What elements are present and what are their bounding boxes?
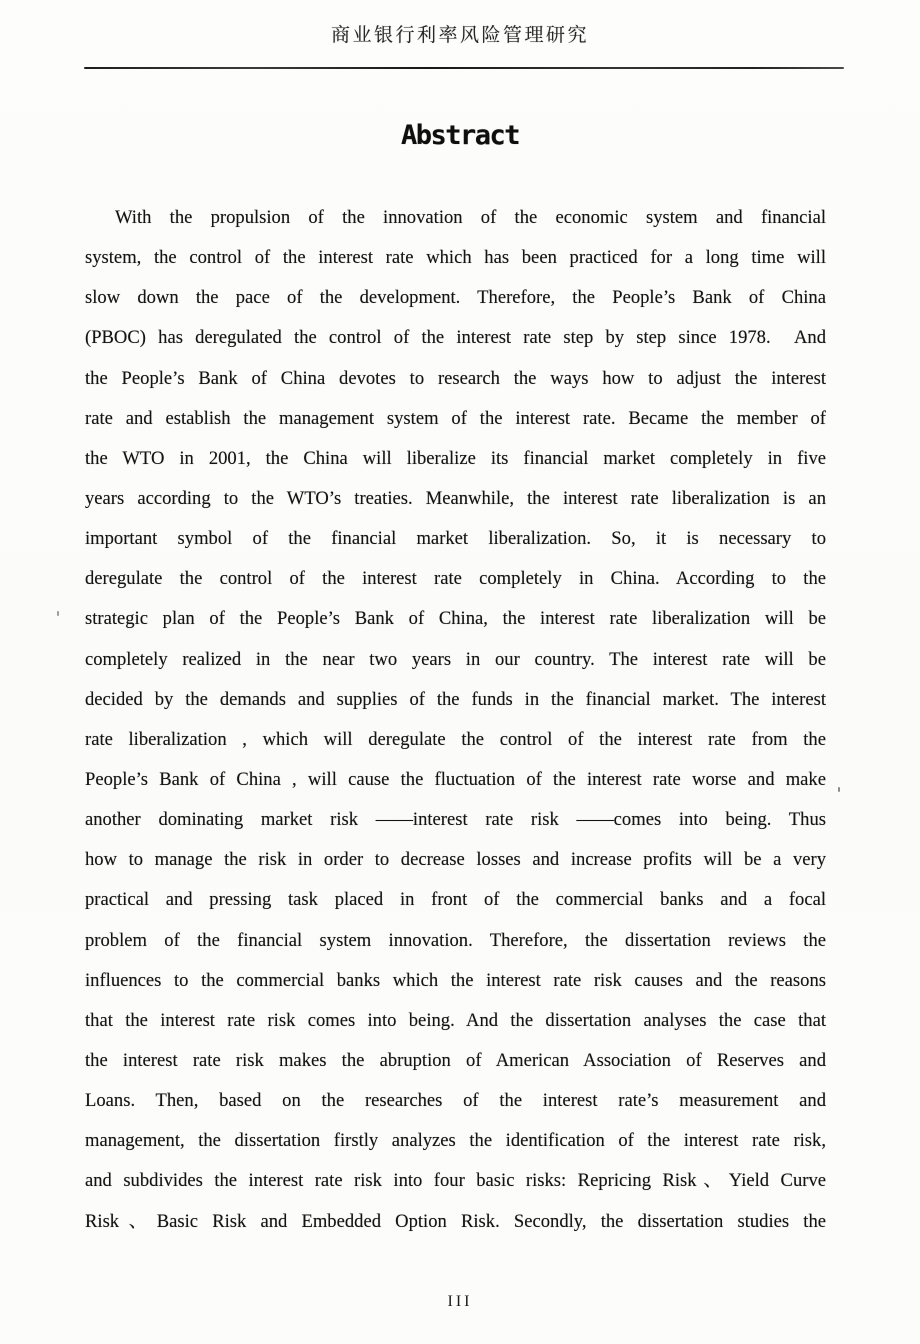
chinese-running-header: 商业银行利率风险管理研究 — [0, 20, 920, 47]
abstract-text-line: rate and establish the management system… — [85, 399, 826, 439]
abstract-text-line: how to manage the risk in order to decre… — [85, 840, 826, 880]
abstract-page-title: Abstract — [0, 120, 920, 151]
abstract-text-line: slow down the pace of the development. T… — [85, 278, 826, 318]
scanned-thesis-page: 商业银行利率风险管理研究 Abstract With the propulsio… — [0, 0, 920, 1344]
abstract-text-line: years according to the WTO’s treaties. M… — [85, 479, 826, 519]
scan-noise-speckles — [57, 611, 59, 616]
abstract-text-line: the interest rate risk makes the abrupti… — [85, 1041, 826, 1081]
abstract-text-line: strategic plan of the People’s Bank of C… — [85, 599, 826, 639]
abstract-text-line: People’s Bank of China , will cause the … — [85, 760, 826, 800]
abstract-text-line: Loans. Then, based on the researches of … — [85, 1081, 826, 1121]
abstract-text-line: the WTO in 2001, the China will liberali… — [85, 439, 826, 479]
abstract-text-line: completely realized in the near two year… — [85, 640, 826, 680]
abstract-text-line: management, the dissertation firstly ana… — [85, 1121, 826, 1161]
abstract-text-line: decided by the demands and supplies of t… — [85, 680, 826, 720]
abstract-text-line: Risk、Basic Risk and Embedded Option Risk… — [85, 1202, 826, 1242]
abstract-text-line: important symbol of the financial market… — [85, 519, 826, 559]
abstract-text-line: another dominating market risk ——interes… — [85, 800, 826, 840]
abstract-text-line: deregulate the control of the interest r… — [85, 559, 826, 599]
page-number: III — [0, 1293, 920, 1311]
abstract-text-line: problem of the financial system innovati… — [85, 921, 826, 961]
abstract-text-line: practical and pressing task placed in fr… — [85, 880, 826, 920]
abstract-text-line: and subdivides the interest rate risk in… — [85, 1161, 826, 1201]
abstract-text-line: influences to the commercial banks which… — [85, 961, 826, 1001]
header-divider-rule — [84, 67, 844, 69]
abstract-text-line: the People’s Bank of China devotes to re… — [85, 359, 826, 399]
abstract-text-line: With the propulsion of the innovation of… — [85, 198, 826, 238]
abstract-text-line: system, the control of the interest rate… — [85, 238, 826, 278]
abstract-text-line: that the interest rate risk comes into b… — [85, 1001, 826, 1041]
abstract-body-text: With the propulsion of the innovation of… — [85, 198, 826, 1242]
abstract-text-line: rate liberalization , which will deregul… — [85, 720, 826, 760]
abstract-text-line: (PBOC) has deregulated the control of th… — [85, 318, 826, 358]
